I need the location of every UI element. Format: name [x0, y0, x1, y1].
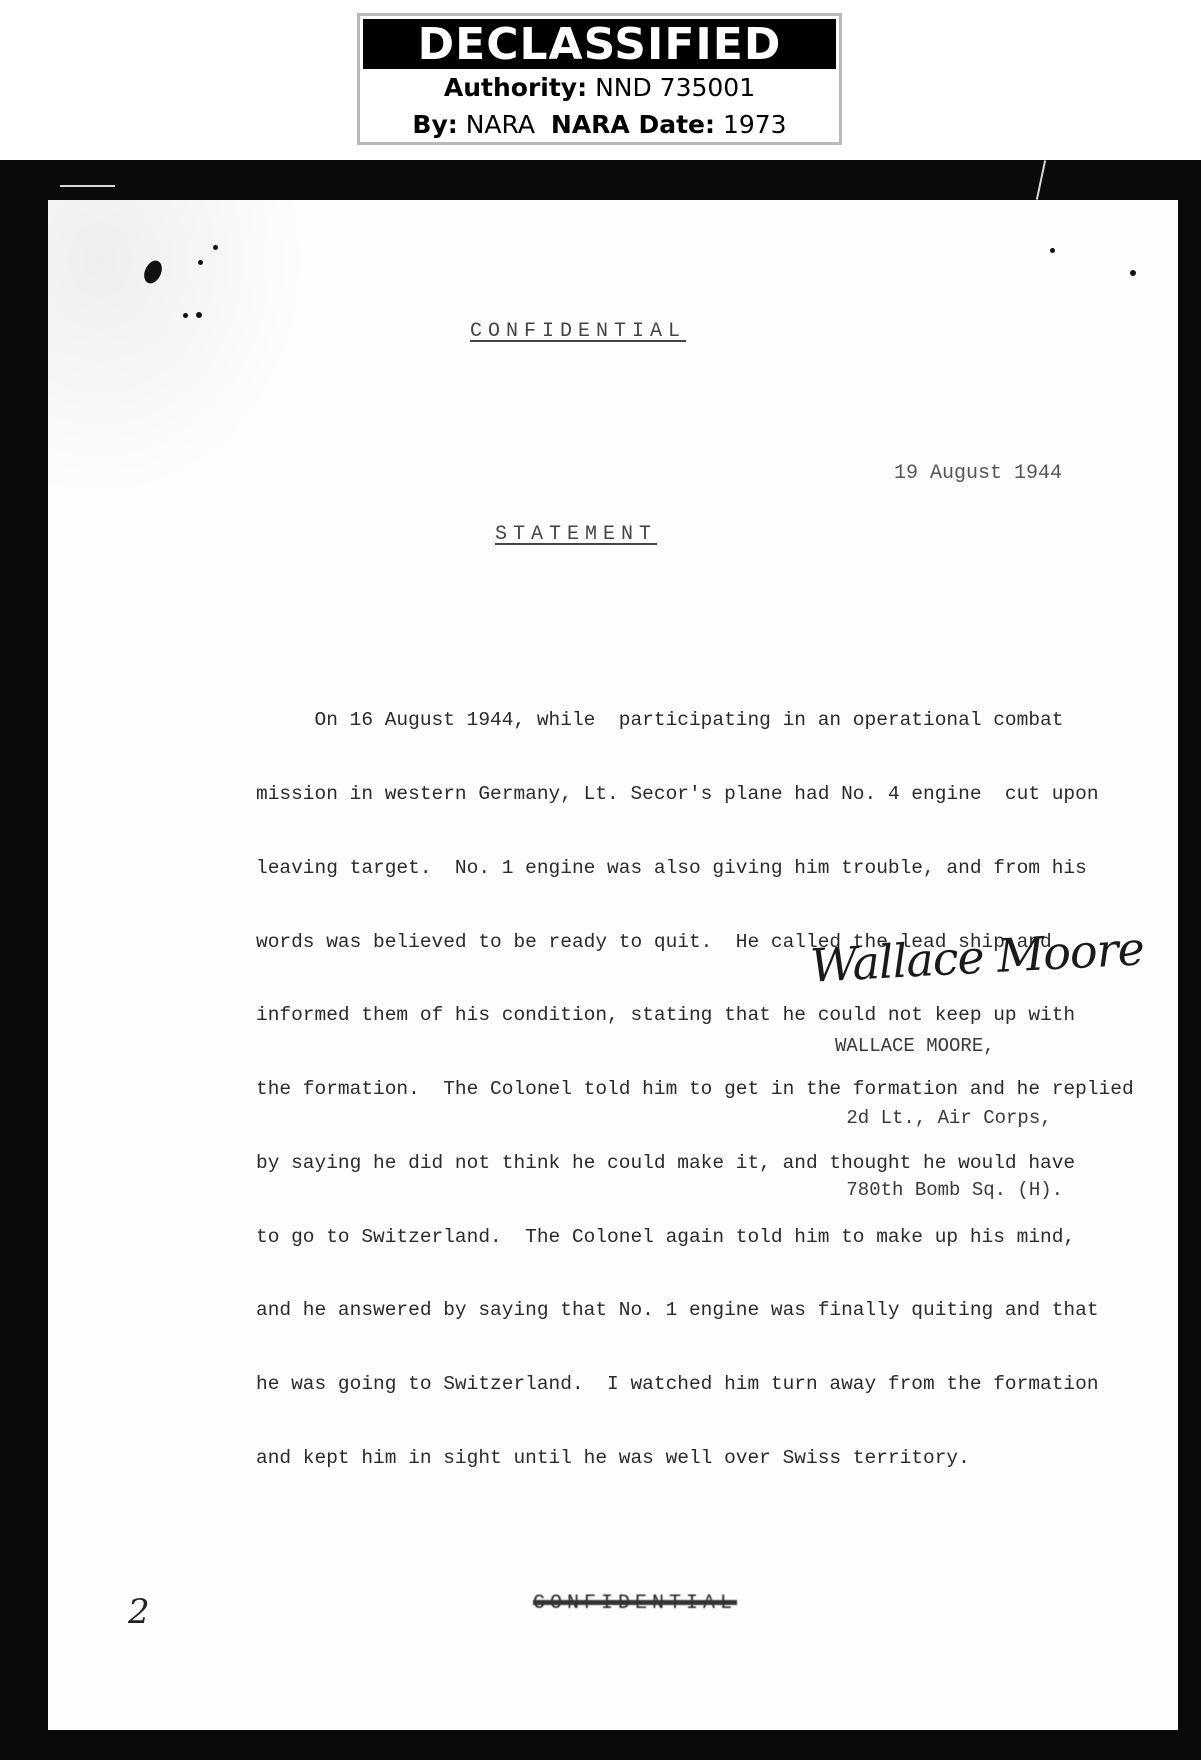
ink-dot [1050, 248, 1055, 253]
body-line: he was going to Switzerland. I watched h… [256, 1372, 1156, 1397]
signer-name: WALLACE MOORE, [835, 1034, 1063, 1058]
body-line: mission in western Germany, Lt. Secor's … [256, 782, 1156, 807]
body-line: and he answered by saying that No. 1 eng… [256, 1298, 1156, 1323]
ink-dot [213, 245, 218, 250]
authority-label: Authority: [444, 73, 587, 102]
body-line: leaving target. No. 1 engine was also gi… [256, 856, 1156, 881]
declassified-stamp: DECLASSIFIED Authority: NND 735001 By: N… [357, 13, 842, 145]
ink-dot [198, 260, 203, 265]
by-value: NARA [466, 110, 535, 139]
scan-scratch [60, 185, 115, 187]
ink-dot [1130, 270, 1136, 276]
stamp-by-date: By: NARA NARA Date: 1973 [360, 106, 839, 143]
document-title: STATEMENT [495, 523, 657, 546]
signer-unit: 780th Bomb Sq. (H). [835, 1178, 1063, 1202]
date-label: NARA Date: [551, 110, 715, 139]
body-line: and kept him in sight until he was well … [256, 1446, 1156, 1471]
body-line: On 16 August 1944, while participating i… [256, 708, 1156, 733]
document-date: 19 August 1944 [894, 462, 1062, 485]
signer-rank: 2d Lt., Air Corps, [835, 1106, 1063, 1130]
signature-block: WALLACE MOORE, 2d Lt., Air Corps, 780th … [835, 986, 1063, 1250]
ink-dot [196, 312, 202, 318]
ink-dot [183, 313, 188, 318]
handwritten-page-mark: 2 [128, 1592, 150, 1632]
classification-footer-struck: CONFIDENTIAL [533, 1592, 737, 1615]
document-paper: CONFIDENTIAL 19 August 1944 STATEMENT On… [48, 200, 1178, 1730]
by-label: By: [412, 110, 457, 139]
stamp-title: DECLASSIFIED [363, 19, 836, 69]
scan-scratch [1036, 160, 1046, 200]
classification-header: CONFIDENTIAL [470, 320, 686, 343]
date-value: 1973 [723, 110, 787, 139]
authority-value: NND 735001 [595, 73, 755, 102]
scanned-page-frame: CONFIDENTIAL 19 August 1944 STATEMENT On… [0, 160, 1201, 1760]
ink-blot [141, 258, 166, 287]
stamp-authority: Authority: NND 735001 [360, 69, 839, 106]
